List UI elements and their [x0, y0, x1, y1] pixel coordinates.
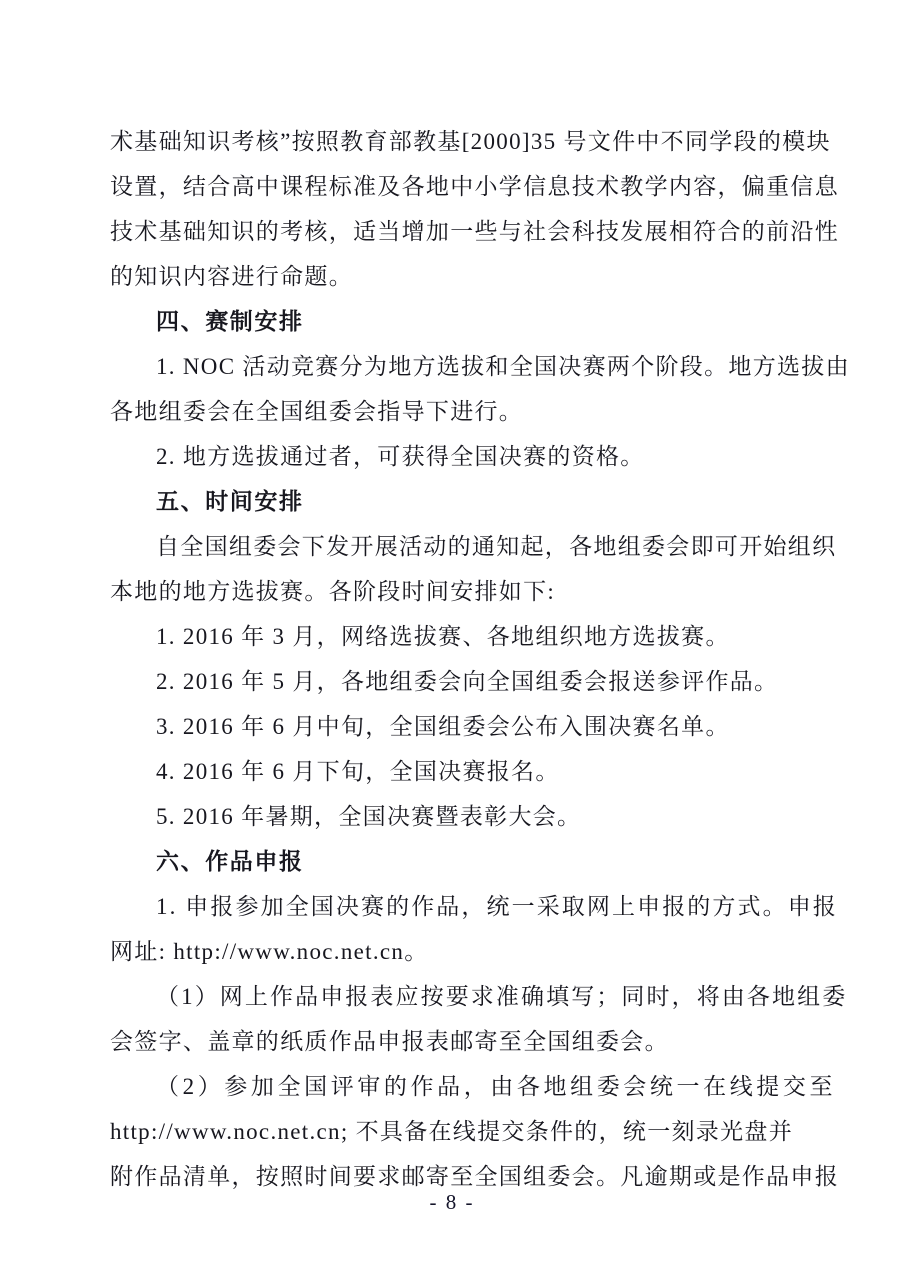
- schedule-item-1: 1. 2016 年 3 月，网络选拔赛、各地组织地方选拔赛。: [110, 614, 841, 659]
- text-line-url: 网址: http://www.noc.net.cn。: [110, 929, 841, 974]
- document-page: 术基础知识考核”按照教育部教基[2000]35 号文件中不同学段的模块 设置，结…: [0, 0, 904, 1283]
- text-line: 1. 申报参加全国决赛的作品，统一采取网上申报的方式。申报: [110, 884, 841, 929]
- text-line: 1. NOC 活动竞赛分为地方选拔和全国决赛两个阶段。地方选拔由: [110, 344, 841, 389]
- text-line: 技术基础知识的考核，适当增加一些与社会科技发展相符合的前沿性: [110, 209, 841, 254]
- text-line: 设置，结合高中课程标准及各地中小学信息技术教学内容，偏重信息: [110, 164, 841, 209]
- text-line: （1）网上作品申报表应按要求准确填写；同时，将由各地组委: [110, 974, 841, 1019]
- text-block: 术基础知识考核”按照教育部教基[2000]35 号文件中不同学段的模块 设置，结…: [110, 119, 841, 1199]
- schedule-item-5: 5. 2016 年暑期，全国决赛暨表彰大会。: [110, 794, 841, 839]
- section-heading-6: 六、作品申报: [110, 839, 841, 884]
- text-line: 自全国组委会下发开展活动的通知起，各地组委会即可开始组织: [110, 524, 841, 569]
- text-line: （2）参加全国评审的作品，由各地组委会统一在线提交至: [110, 1064, 841, 1109]
- section-heading-4: 四、赛制安排: [110, 299, 841, 344]
- schedule-item-3: 3. 2016 年 6 月中旬，全国组委会公布入围决赛名单。: [110, 704, 841, 749]
- schedule-item-2: 2. 2016 年 5 月，各地组委会向全国组委会报送参评作品。: [110, 659, 841, 704]
- text-line: 本地的地方选拔赛。各阶段时间安排如下:: [110, 569, 841, 614]
- text-line: 术基础知识考核”按照教育部教基[2000]35 号文件中不同学段的模块: [110, 119, 841, 164]
- text-line: 各地组委会在全国组委会指导下进行。: [110, 389, 841, 434]
- page-number: - 8 -: [0, 1190, 904, 1215]
- text-line: 会签字、盖章的纸质作品申报表邮寄至全国组委会。: [110, 1019, 841, 1064]
- text-line-url: http://www.noc.net.cn; 不具备在线提交条件的，统一刻录光盘…: [110, 1109, 841, 1154]
- text-line: 的知识内容进行命题。: [110, 254, 841, 299]
- text-line: 2. 地方选拔通过者，可获得全国决赛的资格。: [110, 434, 841, 479]
- schedule-item-4: 4. 2016 年 6 月下旬，全国决赛报名。: [110, 749, 841, 794]
- section-heading-5: 五、时间安排: [110, 479, 841, 524]
